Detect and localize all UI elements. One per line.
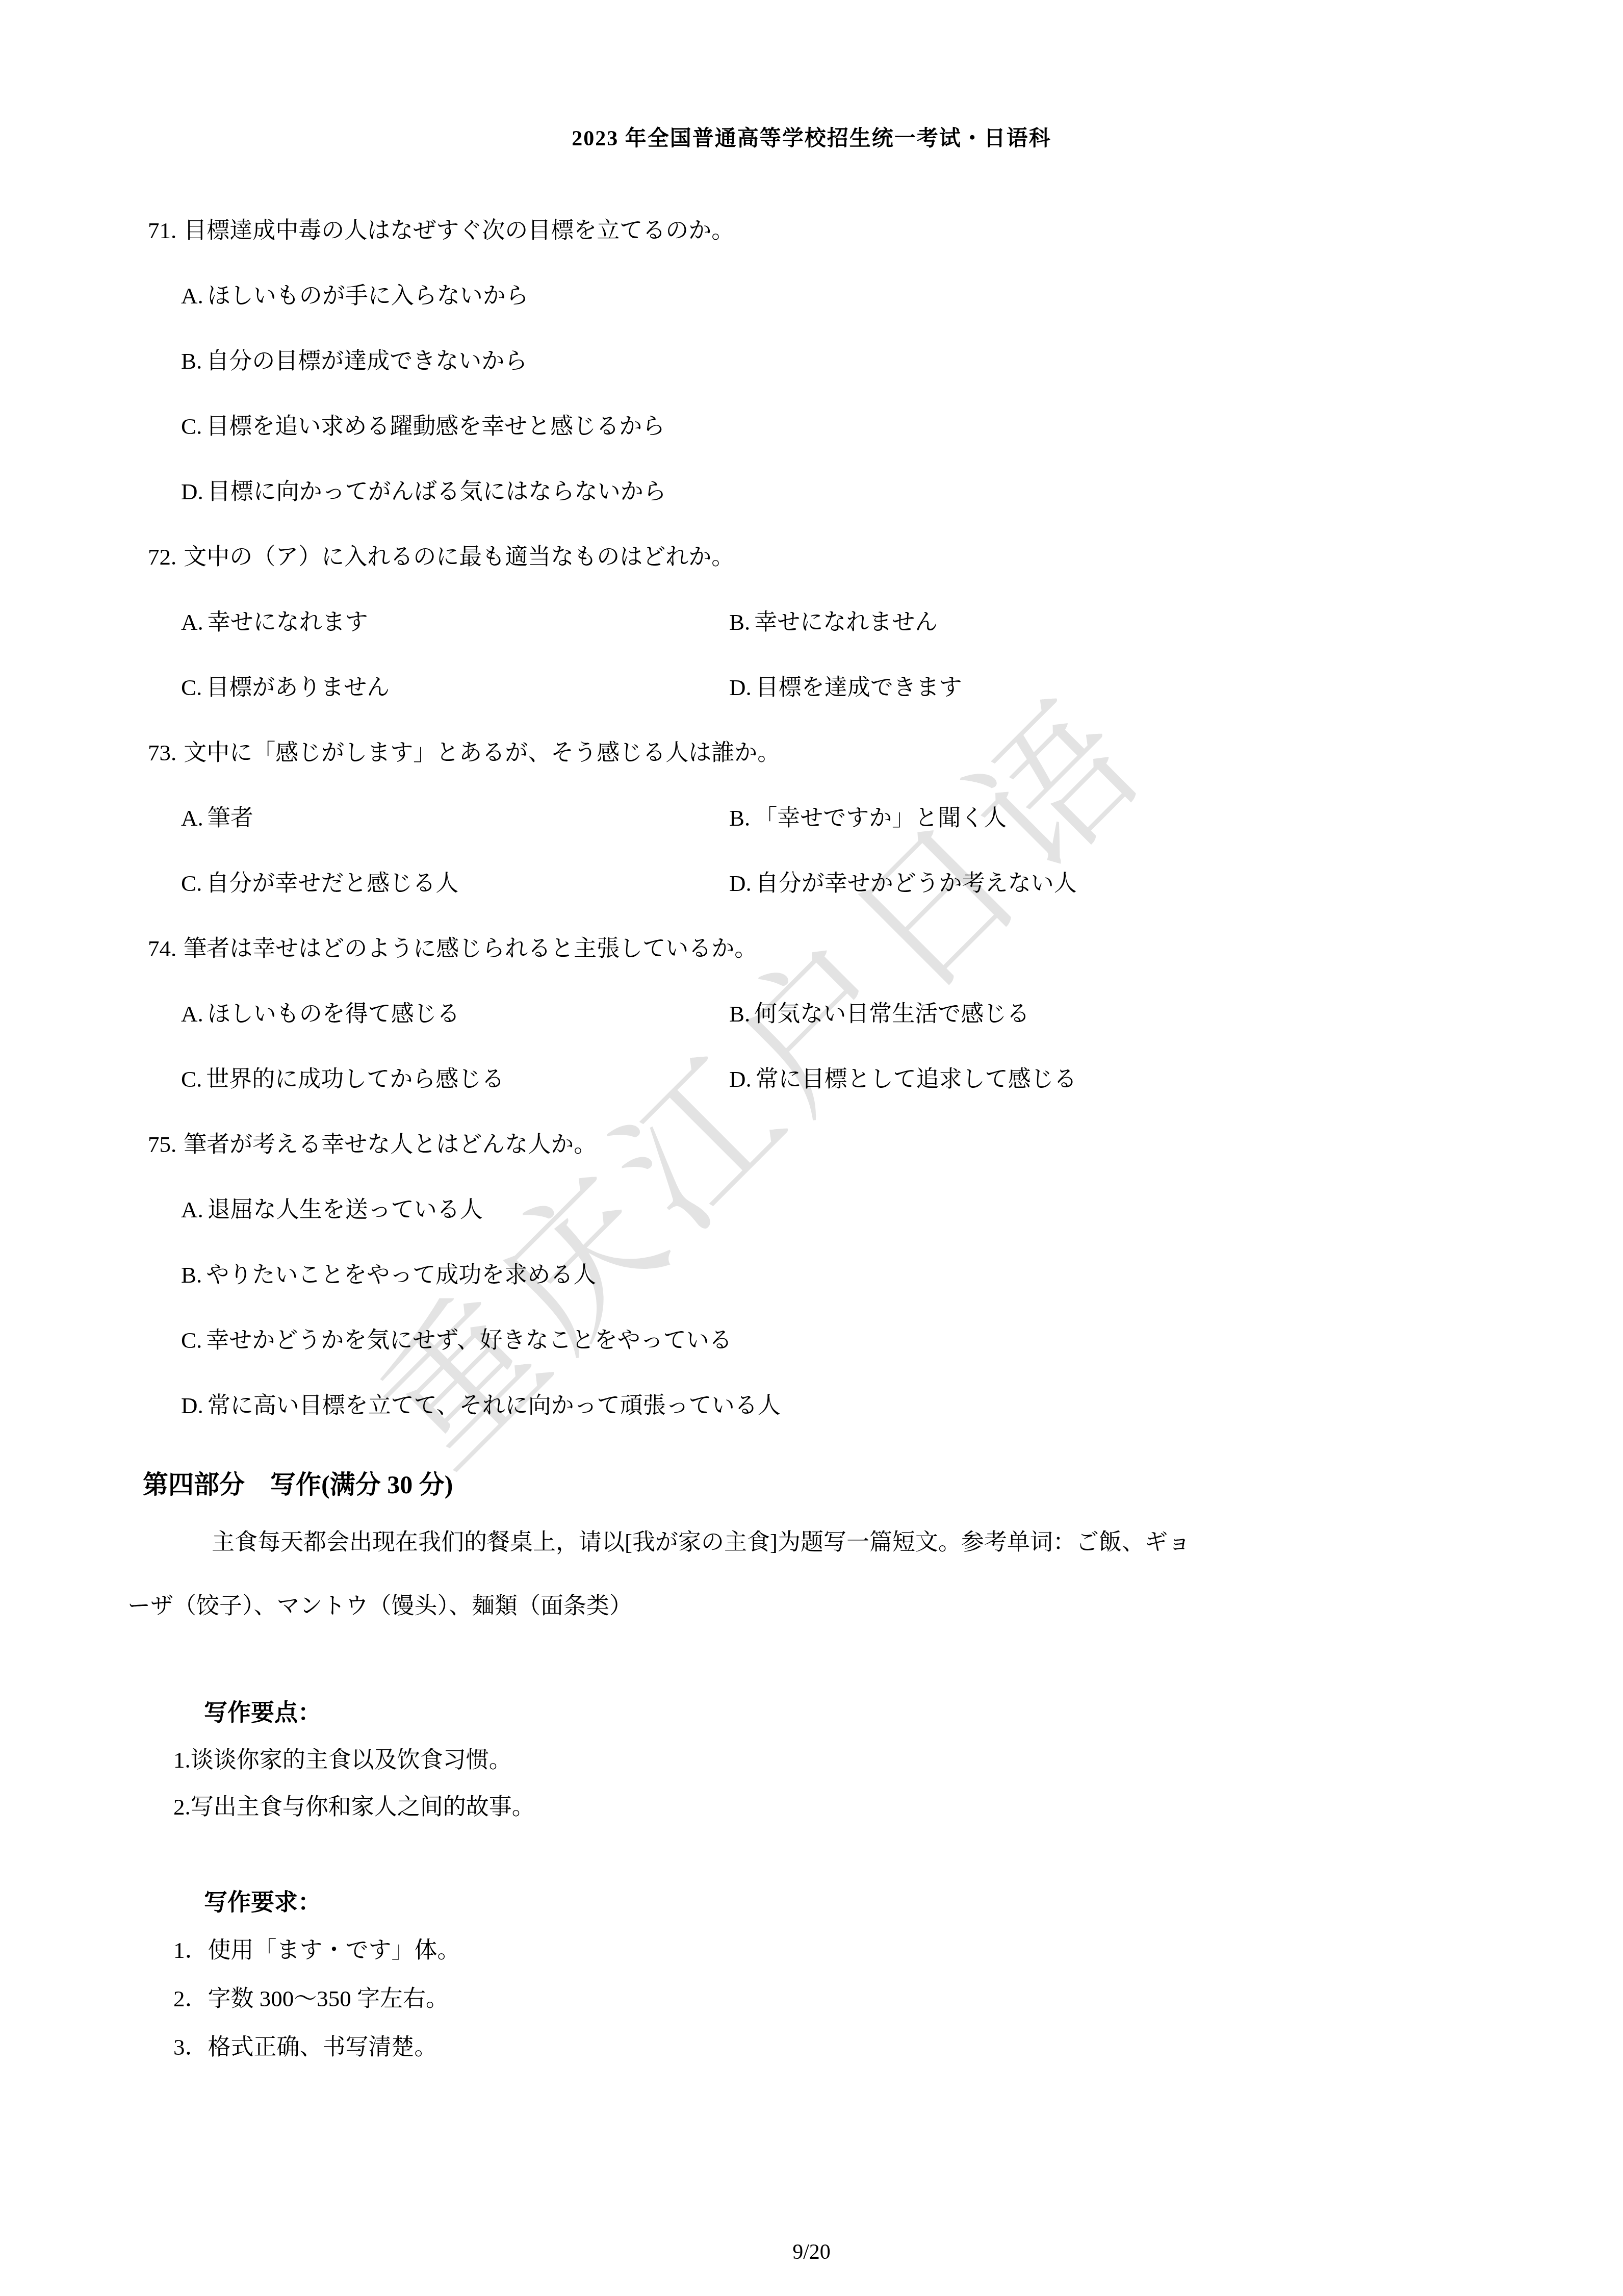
option-text: 自分の目標が達成できないから <box>206 350 527 373</box>
option-text: 自分が幸せだと感じる人 <box>206 872 458 895</box>
option-74-C: C. 世界的に成功してから感じる <box>181 1068 504 1091</box>
option-text: やりたいことをやって成功を求める人 <box>206 1264 596 1287</box>
exam-title: 2023 年全国普通高等学校招生统一考试・日语科 <box>0 121 1623 152</box>
option-74-A: A. ほしいものを得て感じる <box>181 1003 460 1026</box>
question-text: 筆者が考える幸せな人とはどんな人か。 <box>184 1133 597 1156</box>
question-number: 71. <box>148 219 176 242</box>
option-text: 常に高い目標を立てて、それに向かって頑張っている人 <box>208 1394 781 1417</box>
option-text: ほしいものを得て感じる <box>208 1003 460 1026</box>
option-71-D: D. 目標に向かってがんばる気にはならないから <box>127 459 1504 524</box>
option-text: 退屈な人生を送っている人 <box>208 1198 483 1221</box>
option-label: B. <box>729 807 750 830</box>
question-text: 筆者は幸せはどのように感じられると主張しているか。 <box>184 937 757 960</box>
question-71: 71. 目標達成中毒の人はなぜすぐ次の目標を立てるのか。 A. ほしいものが手に… <box>127 198 1504 524</box>
option-text: 世界的に成功してから感じる <box>206 1068 504 1091</box>
question-74: 74. 筆者は幸せはどのように感じられると主張しているか。 A. ほしいものを得… <box>127 916 1504 1112</box>
writing-requirements-heading: 写作要求： <box>127 1877 1504 1924</box>
option-text: 自分が幸せかどうか考えない人 <box>756 872 1077 895</box>
option-label: D. <box>729 676 752 699</box>
option-label: A. <box>181 611 203 634</box>
writing-requirements-item-1: 1．使用「ます・です」体。 <box>127 1924 1504 1972</box>
option-text: 筆者 <box>208 807 253 830</box>
writing-prompt-line-2: ーザ（饺子）、マントウ（馒头）、麺類（面条类） <box>127 1574 1504 1638</box>
option-row: A. 筆者 B. 「幸せですか」と聞く人 <box>127 785 1504 851</box>
question-74-stem: 74. 筆者は幸せはどのように感じられると主張しているか。 <box>127 916 1504 981</box>
option-73-C: C. 自分が幸せだと感じる人 <box>181 872 458 895</box>
option-label: B. <box>729 1003 750 1026</box>
option-text: 「幸せですか」と聞く人 <box>754 807 1007 830</box>
option-72-B: B. 幸せになれません <box>729 590 938 655</box>
exam-page: 重庆江户日语 2023 年全国普通高等学校招生统一考试・日语科 71. 目標達成… <box>0 0 1623 2296</box>
option-label: B. <box>181 1264 202 1287</box>
question-text: 文中に「感じがします」とあるが、そう感じる人は誰か。 <box>184 742 780 764</box>
question-75-stem: 75. 筆者が考える幸せな人とはどんな人か。 <box>127 1112 1504 1177</box>
option-71-C: C. 目標を追い求める躍動感を幸せと感じるから <box>127 394 1504 459</box>
writing-points-item-2: 2.写出主食与你和家人之间的故事。 <box>127 1781 1504 1828</box>
option-73-B: B. 「幸せですか」と聞く人 <box>729 785 1007 851</box>
option-text: 何気ない日常生活で感じる <box>754 1003 1029 1026</box>
question-number: 75. <box>148 1133 176 1156</box>
option-71-B: B. 自分の目標が達成できないから <box>127 328 1504 394</box>
question-71-stem: 71. 目標達成中毒の人はなぜすぐ次の目標を立てるのか。 <box>127 198 1504 263</box>
option-74-B: B. 何気ない日常生活で感じる <box>729 981 1029 1047</box>
question-number: 72. <box>148 546 176 569</box>
option-text: 目標を追い求める躍動感を幸せと感じるから <box>206 415 665 438</box>
question-72-stem: 72. 文中の（ア）に入れるのに最も適当なものはどれか。 <box>127 524 1504 590</box>
option-72-A: A. 幸せになれます <box>181 611 368 634</box>
option-label: D. <box>729 872 752 895</box>
writing-points-item-1: 1.谈谈你家的主食以及饮食习惯。 <box>127 1734 1504 1781</box>
question-text: 目標達成中毒の人はなぜすぐ次の目標を立てるのか。 <box>184 219 734 242</box>
option-label: A. <box>181 1198 203 1221</box>
writing-requirements-item-2: 2．字数 300〜350 字左右。 <box>127 1972 1504 2021</box>
option-label: C. <box>181 415 202 438</box>
option-row: C. 自分が幸せだと感じる人 D. 自分が幸せかどうか考えない人 <box>127 851 1504 916</box>
question-number: 74. <box>148 937 176 960</box>
option-row: C. 目標がありません D. 目標を達成できます <box>127 655 1504 720</box>
option-73-D: D. 自分が幸せかどうか考えない人 <box>729 851 1077 916</box>
option-text: 幸せかどうかを気にせず、好きなことをやっている <box>206 1329 732 1352</box>
option-73-A: A. 筆者 <box>181 807 253 830</box>
question-73: 73. 文中に「感じがします」とあるが、そう感じる人は誰か。 A. 筆者 B. … <box>127 720 1504 916</box>
option-label: C. <box>181 1329 202 1352</box>
option-row: A. 幸せになれます B. 幸せになれません <box>127 590 1504 655</box>
option-text: 幸せになれます <box>208 611 368 634</box>
option-71-A: A. ほしいものが手に入らないから <box>127 263 1504 328</box>
option-label: D. <box>181 1394 203 1417</box>
option-text: 目標を達成できます <box>756 676 962 699</box>
option-label: A. <box>181 1003 203 1026</box>
option-75-D: D. 常に高い目標を立てて、それに向かって頑張っている人 <box>127 1373 1504 1438</box>
question-73-stem: 73. 文中に「感じがします」とあるが、そう感じる人は誰か。 <box>127 720 1504 785</box>
option-label: C. <box>181 676 202 699</box>
question-75: 75. 筆者が考える幸せな人とはどんな人か。 A. 退屈な人生を送っている人 B… <box>127 1112 1504 1438</box>
option-text: 目標がありません <box>206 676 390 699</box>
option-label: D. <box>729 1068 752 1091</box>
option-text: ほしいものが手に入らないから <box>208 285 529 308</box>
option-label: C. <box>181 872 202 895</box>
question-number: 73. <box>148 742 176 764</box>
option-text: 目標に向かってがんばる気にはならないから <box>208 480 666 503</box>
option-label: C. <box>181 1068 202 1091</box>
option-label: D. <box>181 480 203 503</box>
option-row: A. ほしいものを得て感じる B. 何気ない日常生活で感じる <box>127 981 1504 1047</box>
writing-section: 第四部分 写作(满分 30 分) 主食每天都会出现在我们的餐桌上，请以[我が家の… <box>127 1455 1504 2069</box>
option-label: A. <box>181 807 203 830</box>
exam-body: 71. 目標達成中毒の人はなぜすぐ次の目標を立てるのか。 A. ほしいものが手に… <box>127 198 1504 2069</box>
option-text: 常に目標として追求して感じる <box>756 1068 1077 1091</box>
question-text: 文中の（ア）に入れるのに最も適当なものはどれか。 <box>184 546 734 569</box>
writing-requirements-item-3: 3．格式正确、书写清楚。 <box>127 2021 1504 2069</box>
option-72-C: C. 目標がありません <box>181 676 390 699</box>
option-text: 幸せになれません <box>754 611 938 634</box>
writing-section-title: 第四部分 写作(满分 30 分) <box>127 1455 1504 1511</box>
option-75-B: B. やりたいことをやって成功を求める人 <box>127 1242 1504 1308</box>
option-label: A. <box>181 285 203 308</box>
option-label: B. <box>181 350 202 373</box>
writing-requirements: 写作要求： 1．使用「ます・です」体。 2．字数 300〜350 字左右。 3．… <box>127 1877 1504 2069</box>
writing-points-heading: 写作要点： <box>127 1687 1504 1734</box>
option-74-D: D. 常に目標として追求して感じる <box>729 1047 1077 1112</box>
option-label: B. <box>729 611 750 634</box>
option-75-A: A. 退屈な人生を送っている人 <box>127 1177 1504 1242</box>
page-number: 9/20 <box>0 2240 1623 2264</box>
question-72: 72. 文中の（ア）に入れるのに最も適当なものはどれか。 A. 幸せになれます … <box>127 524 1504 720</box>
option-72-D: D. 目標を達成できます <box>729 655 962 720</box>
option-row: C. 世界的に成功してから感じる D. 常に目標として追求して感じる <box>127 1047 1504 1112</box>
writing-prompt-line-1: 主食每天都会出现在我们的餐桌上，请以[我が家の主食]为题写一篇短文。参考单词：ご… <box>127 1511 1504 1574</box>
writing-points: 写作要点： 1.谈谈你家的主食以及饮食习惯。 2.写出主食与你和家人之间的故事。 <box>127 1687 1504 1828</box>
option-75-C: C. 幸せかどうかを気にせず、好きなことをやっている <box>127 1308 1504 1373</box>
